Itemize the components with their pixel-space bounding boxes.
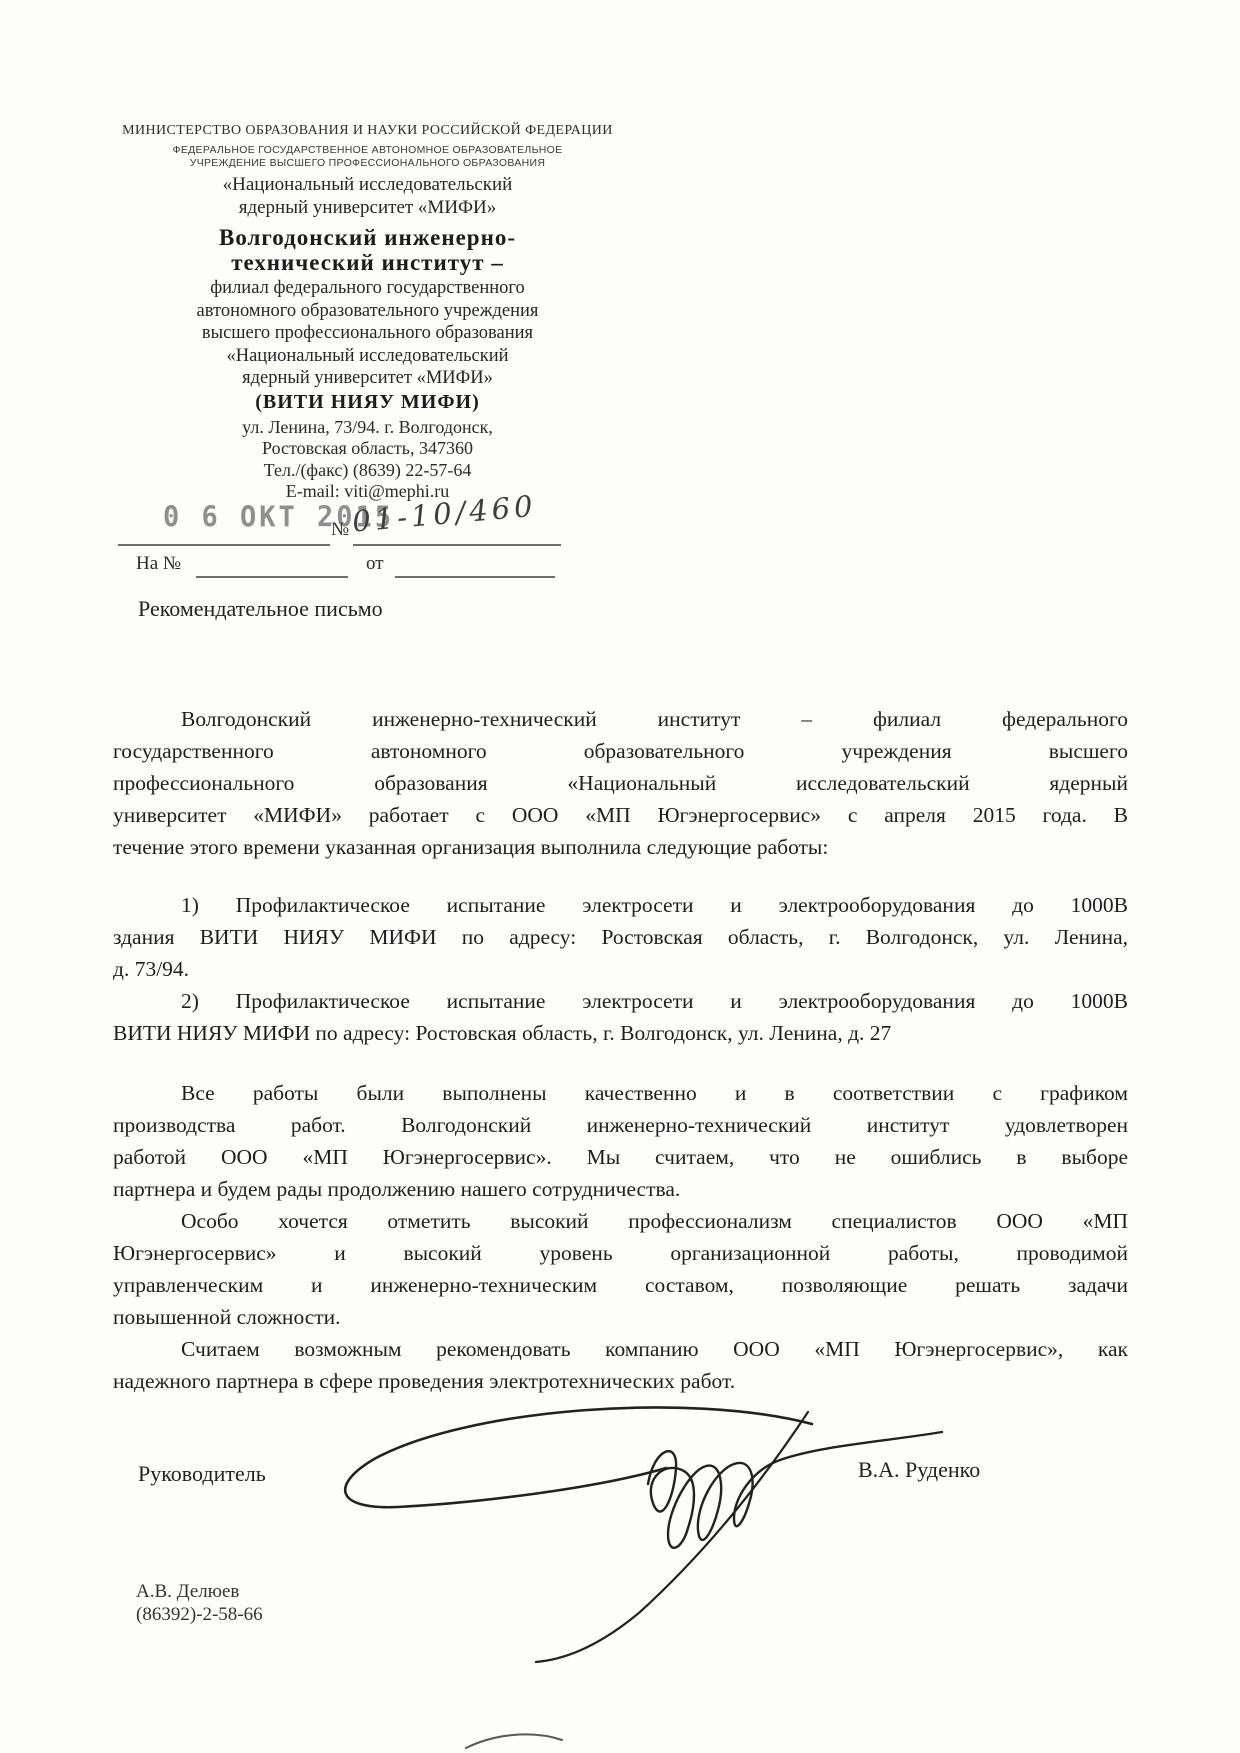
branch-line: высшего профессионального образования xyxy=(95,322,640,345)
letter-body: Волгодонский инженерно-технический инсти… xyxy=(113,703,1128,1397)
body-line: управленческим и инженерно-техническим с… xyxy=(113,1269,1128,1301)
from-date-rule xyxy=(395,576,555,578)
body-line: Считаем возможным рекомендовать компанию… xyxy=(113,1333,1128,1365)
scanned-letter-page: МИНИСТЕРСТВО ОБРАЗОВАНИЯ И НАУКИ РОССИЙС… xyxy=(0,0,1240,1753)
branch-description-block: филиал федерального государственного авт… xyxy=(95,277,640,390)
address-block: ул. Ленина, 73/94. г. Волгодонск, Ростов… xyxy=(95,417,640,503)
paragraph-recommendation: Считаем возможным рекомендовать компанию… xyxy=(113,1333,1128,1397)
body-line: здания ВИТИ НИЯУ МИФИ по адресу: Ростовс… xyxy=(113,921,1128,953)
subject-title: Рекомендательное письмо xyxy=(138,596,383,622)
paragraph-intro: Волгодонский инженерно-технический инсти… xyxy=(113,703,1128,863)
executor-phone: (86392)-2-58-66 xyxy=(136,1603,263,1626)
org-caps-line: ФЕДЕРАЛЬНОЕ ГОСУДАРСТВЕННОЕ АВТОНОМНОЕ О… xyxy=(95,144,640,157)
institute-name-line: Волгодонский инженерно- xyxy=(95,225,640,250)
address-line: Ростовская область, 347360 xyxy=(95,438,640,460)
university-name-block: «Национальный исследовательский ядерный … xyxy=(95,174,640,219)
body-line: университет «МИФИ» работает с ООО «МП Юг… xyxy=(113,799,1128,831)
body-line: д. 73/94. xyxy=(113,953,1128,985)
from-date-label: от xyxy=(366,553,384,575)
reply-number-label: На № xyxy=(136,553,181,575)
paragraph-work-item-1: 1) Профилактическое испытание электросет… xyxy=(113,889,1128,985)
body-line: государственного автономного образовател… xyxy=(113,735,1128,767)
body-line: течение этого времени указанная организа… xyxy=(113,831,1128,863)
signer-role-label: Руководитель xyxy=(138,1461,266,1487)
paragraph-work-item-2: 2) Профилактическое испытание электросет… xyxy=(113,985,1128,1049)
org-caps-line: УЧРЕЖДЕНИЕ ВЫСШЕГО ПРОФЕССИОНАЛЬНОГО ОБР… xyxy=(95,157,640,170)
body-line: Все работы были выполнены качественно и … xyxy=(113,1077,1128,1109)
executor-name: А.В. Делюев xyxy=(136,1580,263,1603)
body-line: 1) Профилактическое испытание электросет… xyxy=(113,889,1128,921)
body-line: производства работ. Волгодонский инженер… xyxy=(113,1109,1128,1141)
body-line: Югэнергосервис» и высокий уровень органи… xyxy=(113,1237,1128,1269)
reply-number-rule xyxy=(196,576,348,578)
body-line: партнера и будем рады продолжению нашего… xyxy=(113,1173,1128,1205)
institute-name-block: Волгодонский инженерно- технический инст… xyxy=(95,225,640,275)
signer-name: В.А. Руденко xyxy=(858,1457,980,1483)
letterhead: МИНИСТЕРСТВО ОБРАЗОВАНИЯ И НАУКИ РОССИЙС… xyxy=(95,120,640,503)
paragraph-quality: Все работы были выполнены качественно и … xyxy=(113,1077,1128,1205)
body-line: работой ООО «МП Югэнергосервис». Мы счит… xyxy=(113,1141,1128,1173)
org-caps-block: ФЕДЕРАЛЬНОЕ ГОСУДАРСТВЕННОЕ АВТОНОМНОЕ О… xyxy=(95,144,640,170)
number-label: № xyxy=(331,519,349,541)
body-line: ВИТИ НИЯУ МИФИ по адресу: Ростовская обл… xyxy=(113,1017,1128,1049)
institute-name-line: технический институт – xyxy=(95,250,640,275)
branch-line: «Национальный исследовательский xyxy=(95,345,640,368)
body-line: повышенной сложности. xyxy=(113,1301,1128,1333)
ministry-line: МИНИСТЕРСТВО ОБРАЗОВАНИЯ И НАУКИ РОССИЙС… xyxy=(95,120,640,142)
body-line: профессионального образования «Националь… xyxy=(113,767,1128,799)
paragraph-professionalism: Особо хочется отметить высокий профессио… xyxy=(113,1205,1128,1333)
branch-line: ядерный университет «МИФИ» xyxy=(95,367,640,390)
institute-abbreviation: (ВИТИ НИЯУ МИФИ) xyxy=(95,390,640,415)
email-line: E-mail: viti@mephi.ru xyxy=(95,481,640,503)
body-line: Особо хочется отметить высокий профессио… xyxy=(113,1205,1128,1237)
body-line: 2) Профилактическое испытание электросет… xyxy=(113,985,1128,1017)
blank-line-rule xyxy=(118,544,330,546)
body-line: Волгодонский инженерно-технический инсти… xyxy=(113,703,1128,735)
address-line: ул. Ленина, 73/94. г. Волгодонск, xyxy=(95,417,640,439)
university-name-line: ядерный университет «МИФИ» xyxy=(95,197,640,220)
body-line: надежного партнера в сфере проведения эл… xyxy=(113,1365,1128,1397)
branch-line: филиал федерального государственного xyxy=(95,277,640,300)
executor-contact-block: А.В. Делюев (86392)-2-58-66 xyxy=(136,1580,263,1626)
number-underline-rule xyxy=(353,544,561,546)
phone-line: Тел./(факс) (8639) 22-57-64 xyxy=(95,460,640,482)
university-name-line: «Национальный исследовательский xyxy=(95,174,640,197)
branch-line: автономного образовательного учреждения xyxy=(95,300,640,323)
